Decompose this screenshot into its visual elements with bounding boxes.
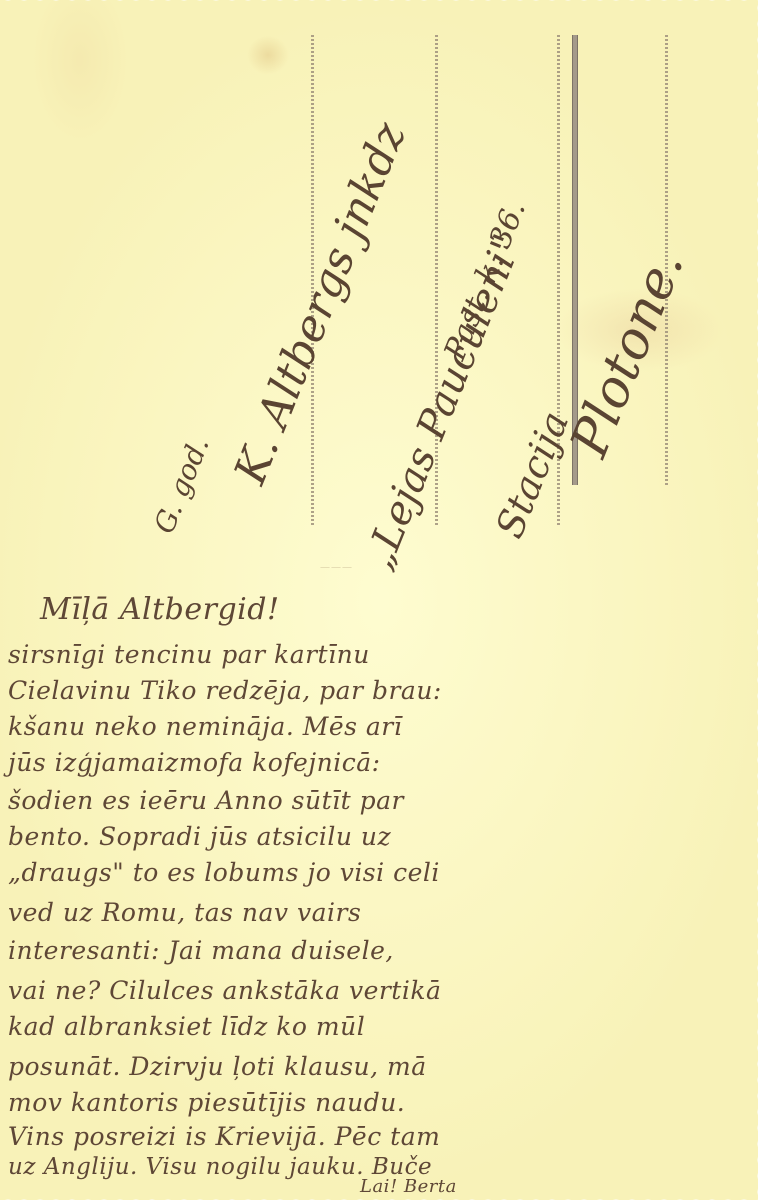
message-line: Cielavinu Tiko redzēja, par brau: bbox=[8, 676, 442, 705]
message-signoff: Lai! Berta bbox=[360, 1176, 457, 1197]
message-line: kšanu neko nemināja. Mēs arī bbox=[8, 712, 402, 741]
message-line: mov kantoris piesūtījis naudu. bbox=[8, 1088, 405, 1117]
postcard-back: ——— G. god. K. Altbergs jnkdz „Lejas Pau… bbox=[0, 0, 758, 1200]
printed-mark: ——— bbox=[320, 562, 353, 573]
deckled-edge-right bbox=[754, 0, 758, 1200]
message-line: jūs izģjamaizmofa kofejnicā: bbox=[8, 748, 381, 777]
message-line: interesanti: Jai mana duisele, bbox=[8, 936, 394, 965]
message-line: sirsnīgi tencinu par kartīnu bbox=[8, 640, 370, 669]
message-line: vai ne? Cilulces ankstāka vertikā bbox=[8, 976, 441, 1005]
message-line: posunāt. Dzirvju ļoti klausu, mā bbox=[8, 1052, 427, 1081]
deckled-edge-top bbox=[0, 0, 758, 4]
message-line: ved uz Romu, tas nav vairs bbox=[8, 898, 361, 927]
address-recipient: K. Altbergs jnkdz bbox=[225, 116, 416, 491]
message-line: „draugs" to es lobums jo visi celi bbox=[8, 858, 440, 887]
address-town: Plotone. bbox=[559, 242, 696, 465]
message-line: kad albranksiet līdz ko mūl bbox=[8, 1012, 365, 1041]
address-salutation: G. god. bbox=[147, 432, 215, 538]
message-greeting: Mīļā Altbergid! bbox=[40, 592, 280, 627]
message-line: šodien es ieēru Anno sūtīt par bbox=[8, 786, 404, 815]
message-line: Vins posreizi is Krievijā. Pēc tam bbox=[8, 1122, 440, 1151]
message-line: bento. Sopradi jūs atsicilu uz bbox=[8, 822, 391, 851]
address-station: Stacija bbox=[487, 405, 577, 544]
